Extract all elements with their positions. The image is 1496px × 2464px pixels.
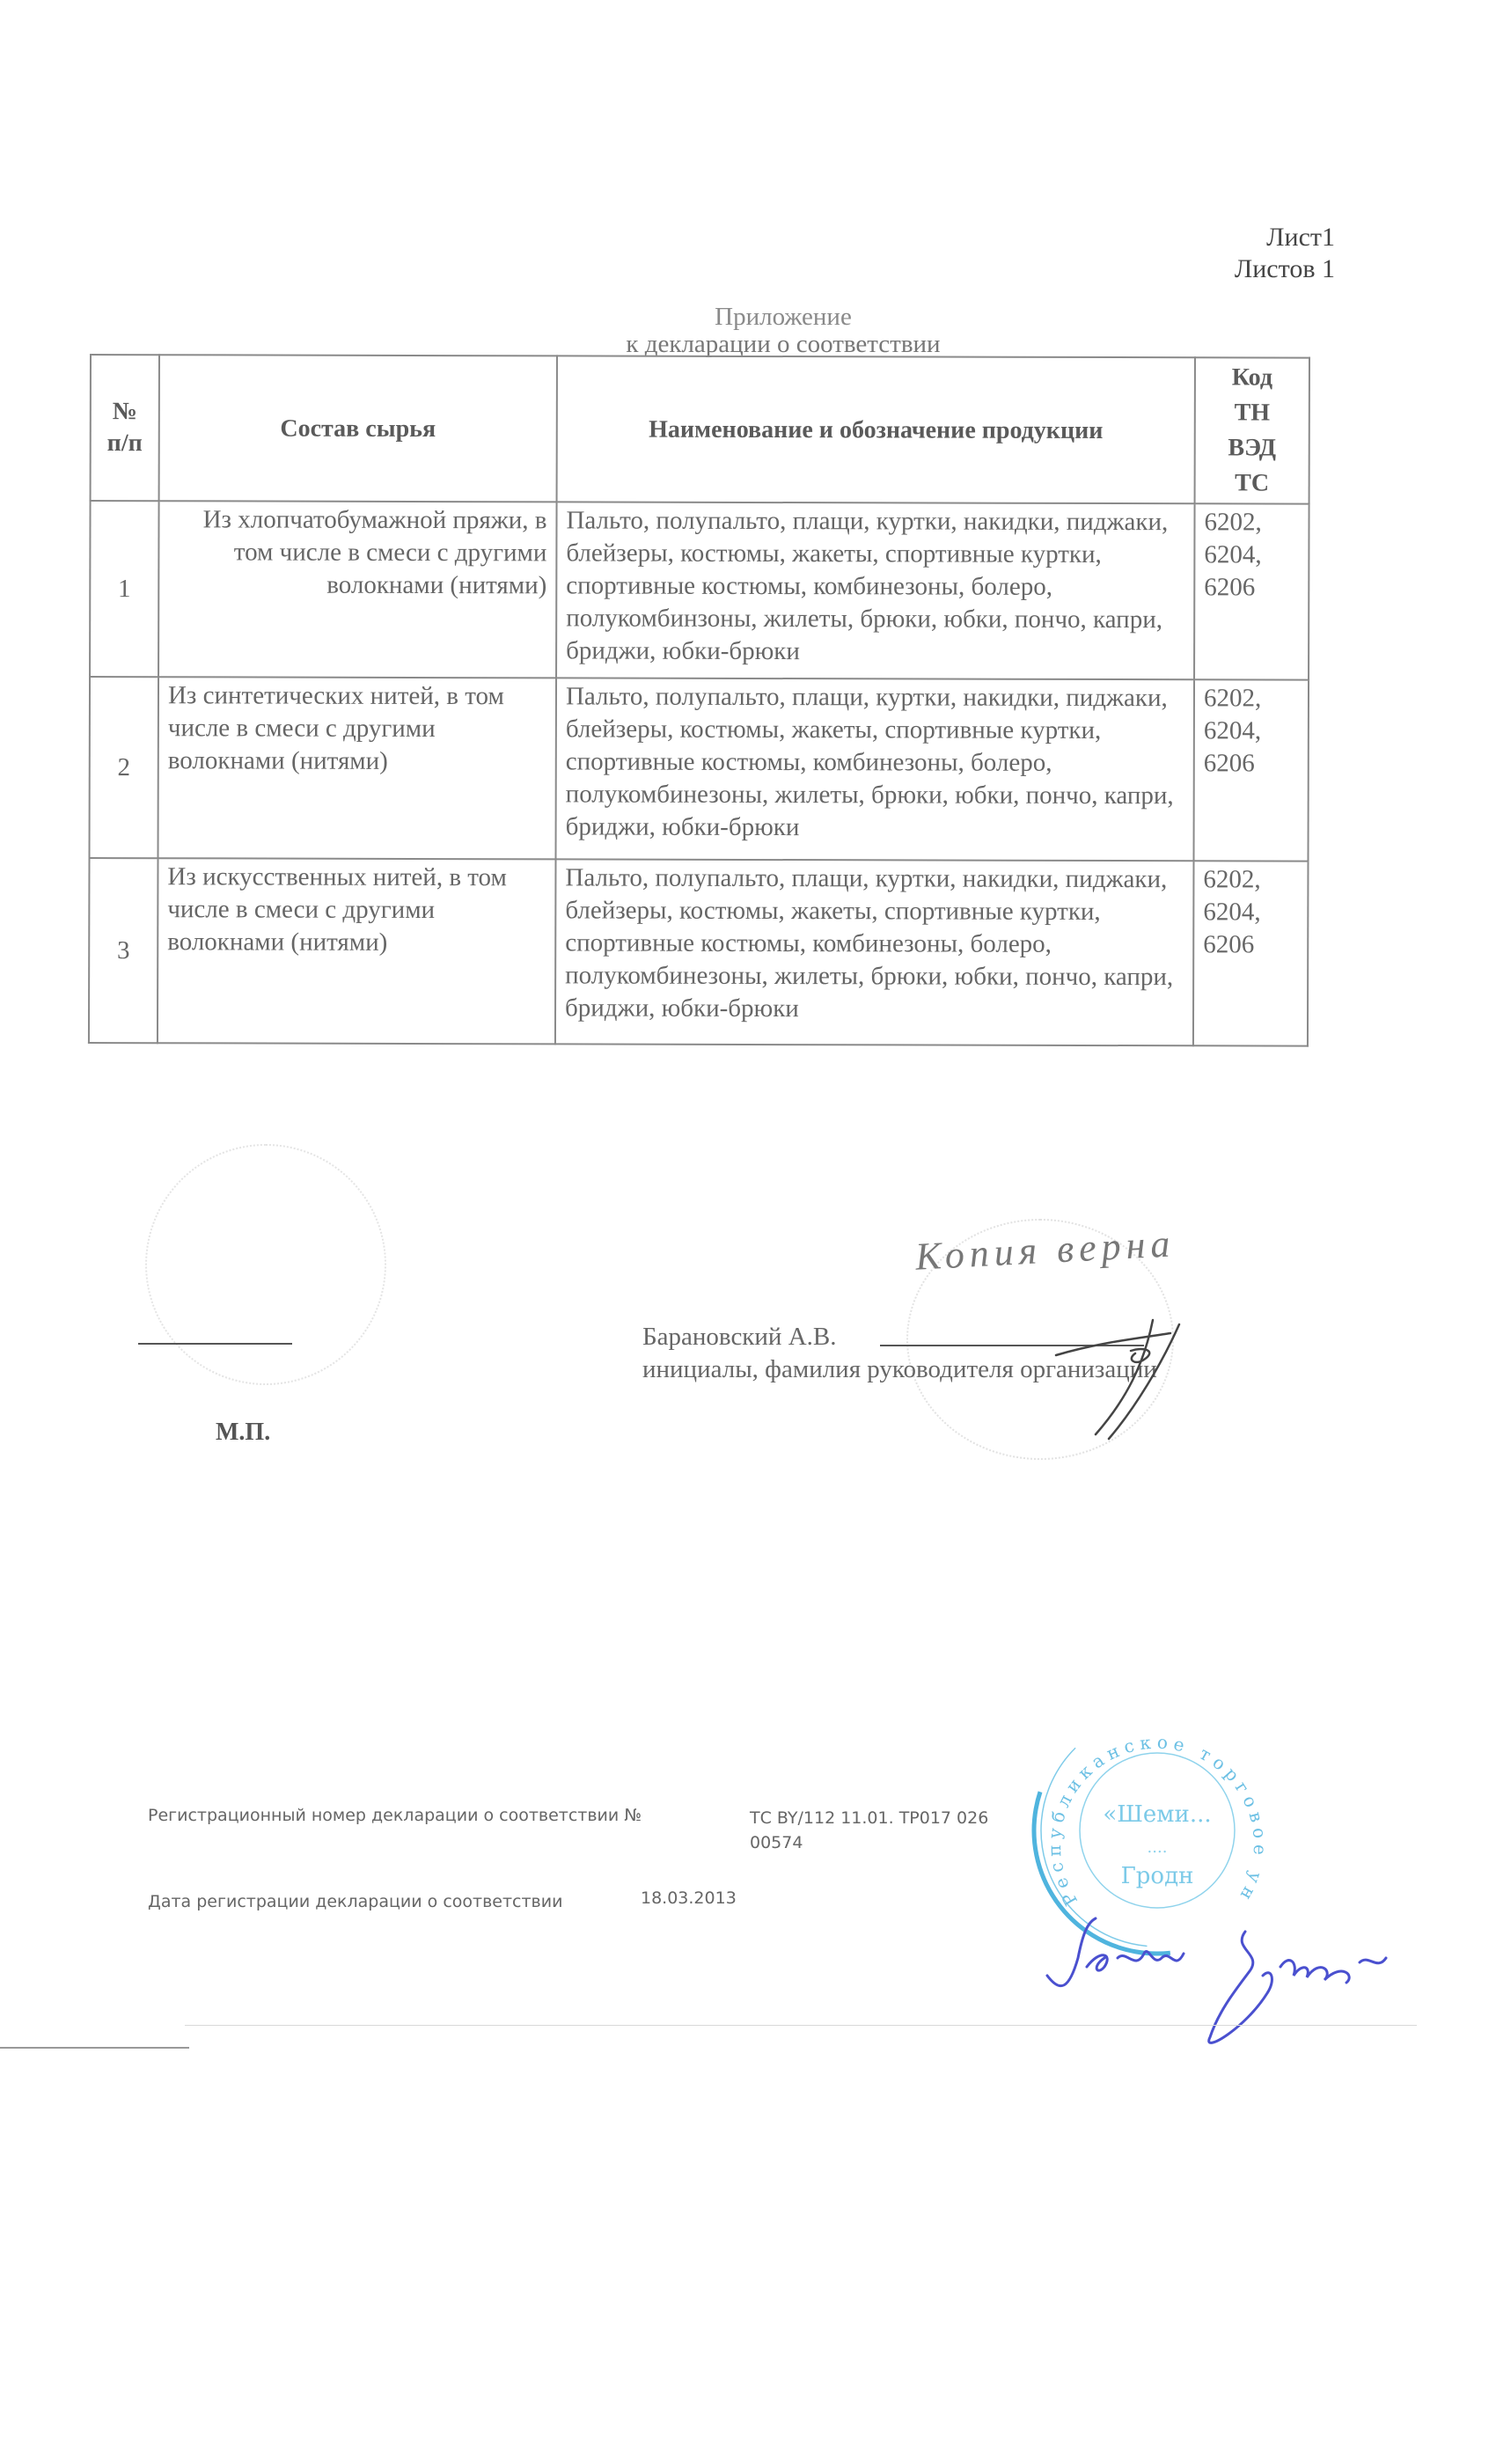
registration-number-value: ТС BY/112 11.01. ТР017 026 00574 bbox=[750, 1806, 988, 1855]
svg-text:....: .... bbox=[1148, 1838, 1168, 1857]
sheet-info: Лист1 Листов 1 bbox=[1235, 222, 1335, 285]
row-codes: 6202, 6204, 6206 bbox=[1193, 679, 1309, 861]
signature-line-left bbox=[138, 1343, 292, 1345]
svg-text:Гродн: Гродн bbox=[1121, 1863, 1194, 1889]
row-material: Из хлопчатобумажной пряжи, в том числе в… bbox=[158, 501, 557, 678]
stamp-place-label: М.П. bbox=[216, 1419, 270, 1447]
row-codes: 6202, 6204, 6206 bbox=[1194, 503, 1309, 679]
sheet-number: Лист1 bbox=[1235, 222, 1335, 253]
row-codes: 6202, 6204, 6206 bbox=[1193, 861, 1309, 1045]
header-product: Наименование и обозначение продукции bbox=[557, 356, 1195, 503]
registration-date-label: Дата регистрации декларации о соответств… bbox=[148, 1892, 562, 1911]
registration-number-label: Регистрационный номер декларации о соотв… bbox=[148, 1806, 642, 1825]
registration-date-value: 18.03.2013 bbox=[641, 1888, 737, 1908]
products-table: № п/п Состав сырья Наименование и обозна… bbox=[88, 354, 1310, 1047]
bottom-divider bbox=[185, 2025, 1417, 2026]
svg-text:«Шеми...: «Шеми... bbox=[1103, 1801, 1211, 1828]
table-header-row: № п/п Состав сырья Наименование и обозна… bbox=[91, 355, 1309, 504]
row-product: Пальто, полупальто, плащи, куртки, накид… bbox=[556, 502, 1195, 679]
annex-title-line2: к декларации о соответствии bbox=[519, 331, 1047, 358]
manager-signature-icon bbox=[1047, 1311, 1197, 1443]
table-row: 3 Из искусственных нитей, в том числе в … bbox=[89, 858, 1309, 1046]
row-number: 1 bbox=[90, 501, 159, 677]
row-material: Из синтетических нитей, в том числе в см… bbox=[158, 677, 556, 859]
row-number: 3 bbox=[89, 858, 158, 1043]
annex-title-line1: Приложение bbox=[519, 304, 1047, 331]
annex-title: Приложение к декларации о соответствии bbox=[519, 304, 1047, 358]
row-material: Из искусственных нитей, в том числе в см… bbox=[158, 858, 556, 1044]
table-row: 1 Из хлопчатобумажной пряжи, в том числе… bbox=[90, 501, 1309, 680]
bottom-edge-mark bbox=[0, 2047, 189, 2049]
row-product: Пальто, полупальто, плащи, куртки, накид… bbox=[555, 859, 1194, 1045]
header-number: № п/п bbox=[91, 355, 159, 501]
faded-seal-left bbox=[145, 1144, 386, 1385]
table-row: 2 Из синтетических нитей, в том числе в … bbox=[89, 677, 1309, 862]
blue-signature-icon bbox=[1043, 1914, 1421, 2046]
header-code: Код ТН ВЭД ТС bbox=[1195, 357, 1309, 503]
sheets-total: Листов 1 bbox=[1235, 253, 1335, 285]
header-material: Состав сырья bbox=[159, 355, 557, 502]
row-product: Пальто, полупальто, плащи, куртки, накид… bbox=[555, 678, 1194, 861]
manager-name: Барановский А.В. bbox=[642, 1323, 836, 1352]
row-number: 2 bbox=[89, 677, 158, 858]
